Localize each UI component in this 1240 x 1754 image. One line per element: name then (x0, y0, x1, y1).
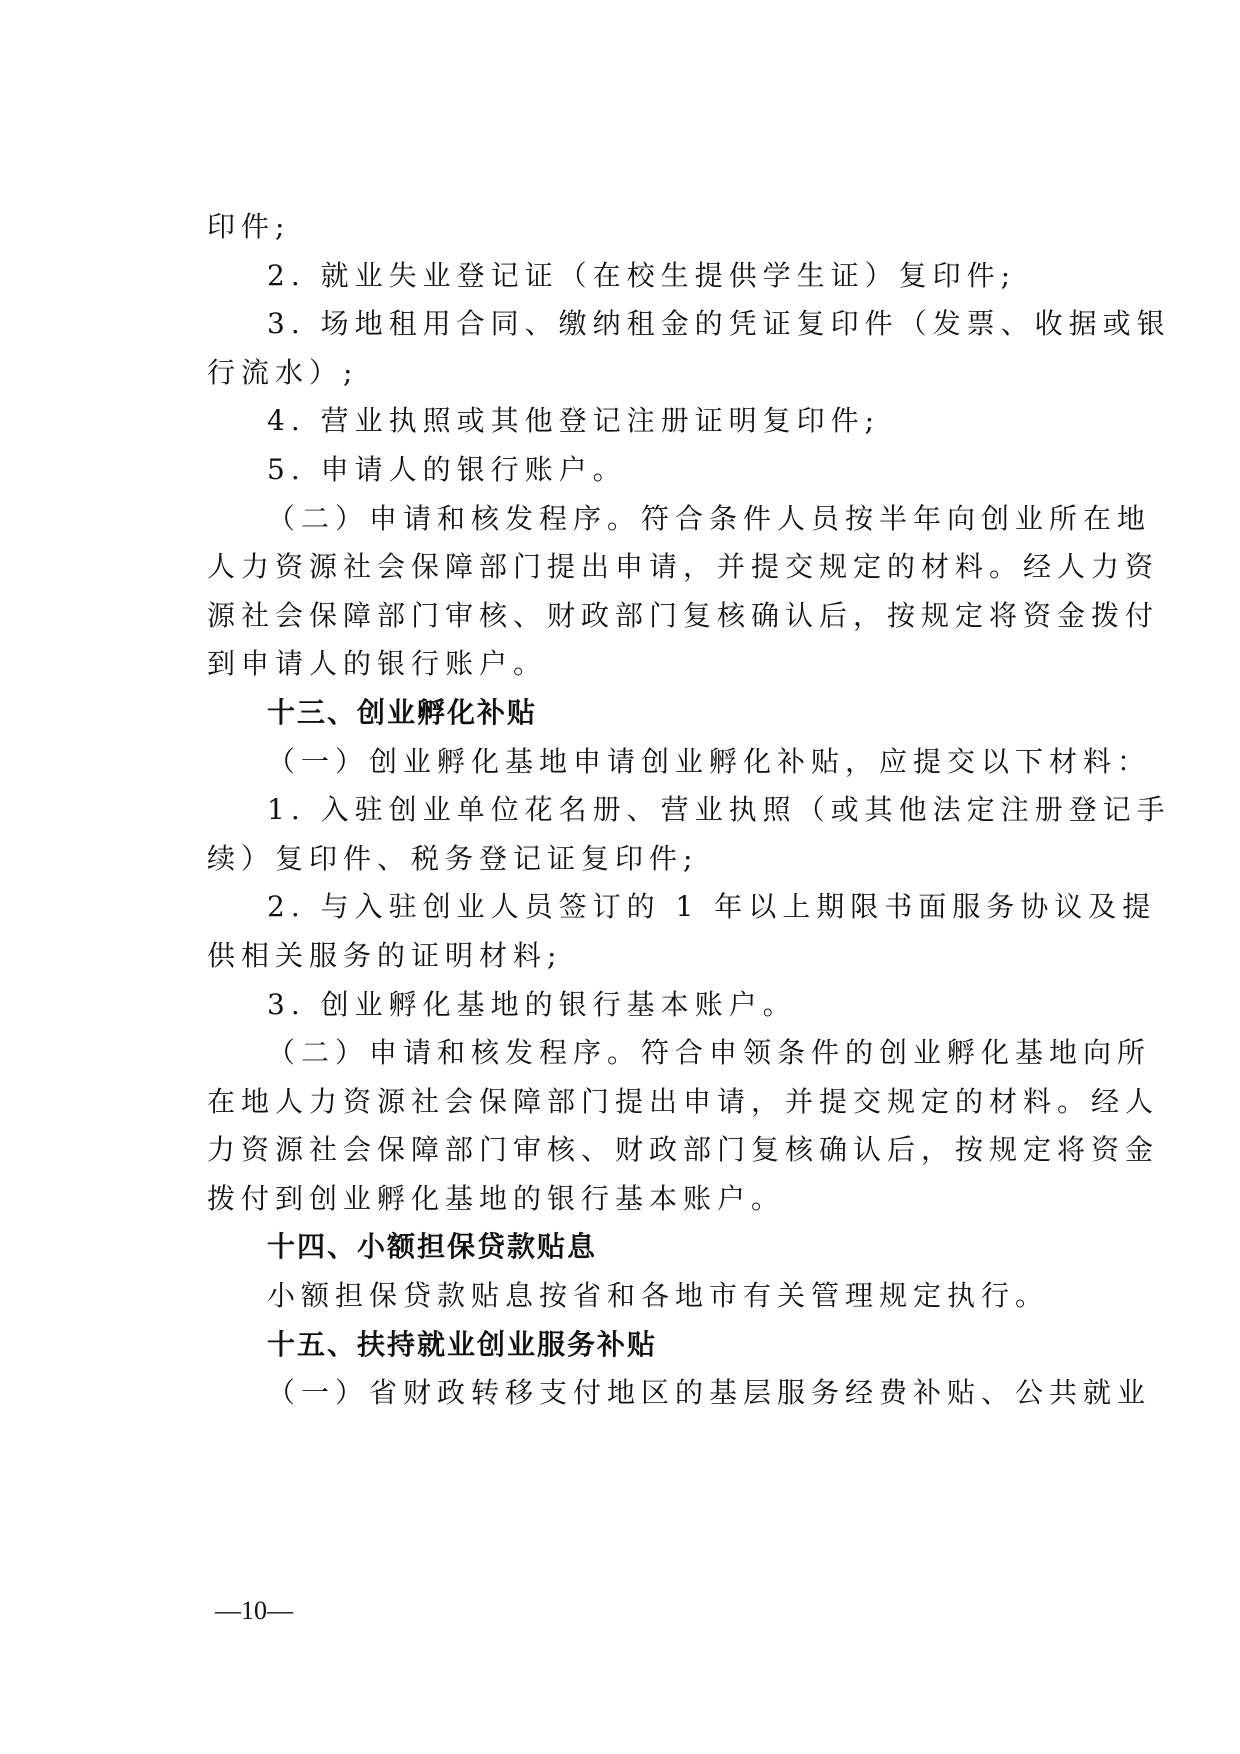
section-heading: 十三、创业孵化补贴 (207, 689, 1117, 738)
paragraph-start: 小额担保贷款贴息按省和各地市有关管理规定执行。 (207, 1272, 1117, 1321)
list-item: 4. 营业执照或其他登记注册证明复印件; (207, 397, 1117, 446)
paragraph-start: （二）申请和核发程序。符合条件人员按半年向创业所在地 (207, 495, 1117, 544)
section-heading: 十四、小额担保贷款贴息 (207, 1223, 1117, 1272)
text-line: 供相关服务的证明材料; (207, 932, 1117, 981)
list-item: 5. 申请人的银行账户。 (207, 446, 1117, 495)
page-number: —10— (215, 1596, 293, 1626)
text-line: 人力资源社会保障部门提出申请，并提交规定的材料。经人力资 (207, 543, 1117, 592)
list-item: 2. 就业失业登记证（在校生提供学生证）复印件; (207, 252, 1117, 301)
paragraph-start: （二）申请和核发程序。符合申领条件的创业孵化基地向所 (207, 1029, 1117, 1078)
text-line: 行流水）; (207, 349, 1117, 398)
text-line: 力资源社会保障部门审核、财政部门复核确认后，按规定将资金 (207, 1126, 1117, 1175)
text-line: 到申请人的银行账户。 (207, 640, 1117, 689)
document-page: 印件; 2. 就业失业登记证（在校生提供学生证）复印件; 3. 场地租用合同、缴… (0, 0, 1240, 1754)
paragraph-start: （一）创业孵化基地申请创业孵化补贴，应提交以下材料： (207, 738, 1117, 787)
section-heading: 十五、扶持就业创业服务补贴 (207, 1321, 1117, 1370)
body-text: 印件; 2. 就业失业登记证（在校生提供学生证）复印件; 3. 场地租用合同、缴… (207, 203, 1117, 1418)
text-line: 源社会保障部门审核、财政部门复核确认后，按规定将资金拨付 (207, 592, 1117, 641)
text-line: 印件; (207, 203, 1117, 252)
text-line: 拨付到创业孵化基地的银行基本账户。 (207, 1175, 1117, 1224)
paragraph-start: （一）省财政转移支付地区的基层服务经费补贴、公共就业 (207, 1369, 1117, 1418)
list-item: 3. 创业孵化基地的银行基本账户。 (207, 981, 1117, 1030)
list-item: 3. 场地租用合同、缴纳租金的凭证复印件（发票、收据或银 (207, 300, 1117, 349)
text-line: 续）复印件、税务登记证复印件; (207, 835, 1117, 884)
list-item: 2. 与入驻创业人员签订的 1 年以上期限书面服务协议及提 (207, 883, 1117, 932)
text-line: 在地人力资源社会保障部门提出申请，并提交规定的材料。经人 (207, 1078, 1117, 1127)
list-item: 1. 入驻创业单位花名册、营业执照（或其他法定注册登记手 (207, 786, 1117, 835)
